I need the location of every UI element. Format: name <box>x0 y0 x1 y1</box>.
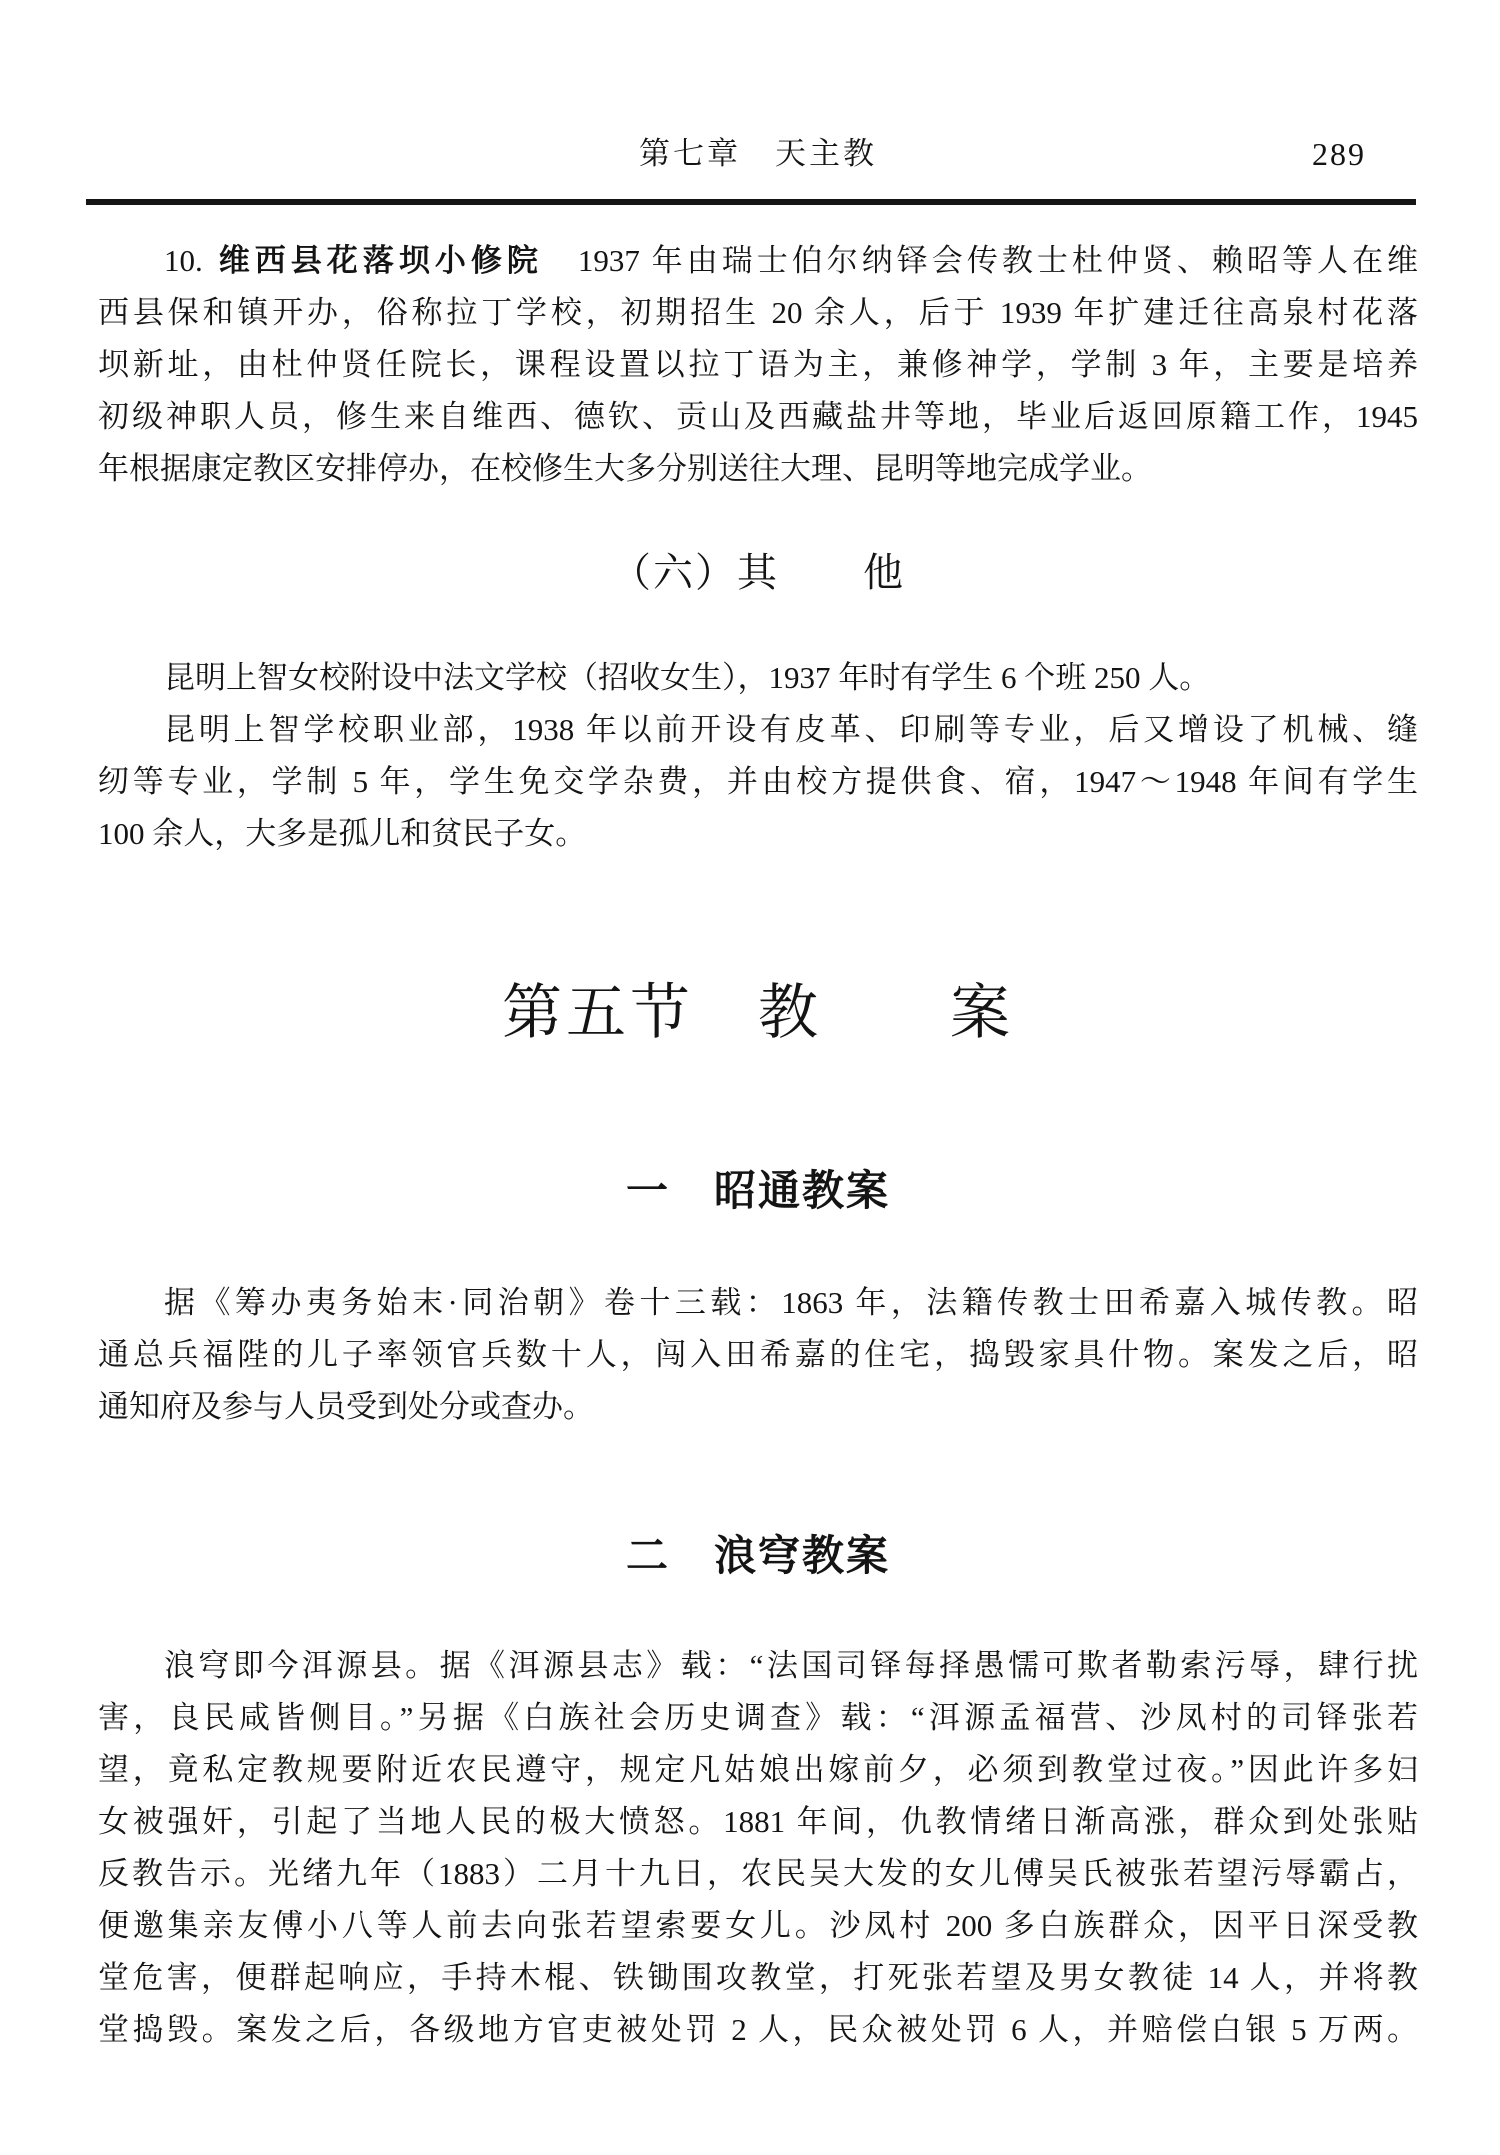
header-rule <box>86 199 1416 205</box>
text-line: 堂捣毁。案发之后，各级地方官吏被处罚 2 人，民众被处罚 6 人，并赔偿白银 5… <box>98 2004 1418 2056</box>
text-line: 昆明上智女校附设中法文学校（招收女生），1937 年时有学生 6 个班 250 … <box>98 652 1418 704</box>
text-line: 初级神职人员，修生来自维西、德钦、贡山及西藏盐井等地，毕业后返回原籍工作，194… <box>98 391 1418 443</box>
text-line: 堂危害，便群起响应，手持木棍、铁锄围攻教堂，打死张若望及男女教徒 14 人，并将… <box>98 1952 1418 2004</box>
text-line: 便邀集亲友傅小八等人前去向张若望索要女儿。沙凤村 200 多白族群众，因平日深受… <box>98 1900 1418 1952</box>
text-line: 害，良民咸皆侧目。”另据《白族社会历史调查》载：“洱源孟福营、沙凤村的司铎张若 <box>98 1692 1418 1744</box>
item-text: 1937 年由瑞士伯尔纳铎会传教士杜仲贤、赖昭等人在维 <box>543 243 1418 278</box>
text-line: 年根据康定教区安排停办，在校修生大多分别送往大理、昆明等地完成学业。 <box>98 443 1418 495</box>
text-line: 据《筹办夷务始末·同治朝》卷十三载：1863 年，法籍传教士田希嘉入城传教。昭 <box>98 1277 1418 1329</box>
book-page: 第七章 天主教 289 10.维西县花落坝小修院 1937 年由瑞士伯尔纳铎会传… <box>0 0 1500 2155</box>
page-content: 第七章 天主教 289 10.维西县花落坝小修院 1937 年由瑞士伯尔纳铎会传… <box>98 0 1418 2056</box>
subsection-heading-zhaotong: 一 昭通教案 <box>98 1163 1418 1219</box>
subsection-heading-langqiong: 二 浪穹教案 <box>98 1528 1418 1584</box>
page-header: 第七章 天主教 289 <box>98 0 1418 186</box>
paragraph-zhizhi-vocational: 昆明上智学校职业部，1938 年以前开设有皮革、印刷等专业，后又增设了机械、缝 … <box>98 704 1418 860</box>
item-bold-title: 维西县花落坝小修院 <box>215 243 543 278</box>
text-line: 反教告示。光绪九年（1883）二月十九日，农民吴大发的女儿傅吴氏被张若望污辱霸占… <box>98 1848 1418 1900</box>
text-line: 女被强奸，引起了当地人民的极大愤怒。1881 年间，仇教情绪日渐高涨，群众到处张… <box>98 1796 1418 1848</box>
item-number: 10. <box>164 243 203 278</box>
text-line: 浪穹即今洱源县。据《洱源县志》载：“法国司铎每择愚懦可欺者勒索污辱，肆行扰 <box>98 1640 1418 1692</box>
section-heading-five: 第五节 教 案 <box>98 977 1418 1049</box>
page-number: 289 <box>1312 136 1366 172</box>
text-line: 西县保和镇开办，俗称拉丁学校，初期招生 20 余人，后于 1939 年扩建迁往高… <box>98 287 1418 339</box>
paragraph-langqiong-case: 浪穹即今洱源县。据《洱源县志》载：“法国司铎每择愚懦可欺者勒索污辱，肆行扰 害，… <box>98 1640 1418 2056</box>
text-line: 望，竟私定教规要附近农民遵守，规定凡姑娘出嫁前夕，必须到教堂过夜。”因此许多妇 <box>98 1744 1418 1796</box>
paragraph-zhizhi-girls-school: 昆明上智女校附设中法文学校（招收女生），1937 年时有学生 6 个班 250 … <box>98 652 1418 704</box>
section-heading-other: （六）其 他 <box>98 544 1418 602</box>
text-line: 10.维西县花落坝小修院 1937 年由瑞士伯尔纳铎会传教士杜仲贤、赖昭等人在维 <box>98 235 1418 287</box>
text-line: 通总兵福陛的儿子率领官兵数十人，闯入田希嘉的住宅，捣毁家具什物。案发之后，昭 <box>98 1329 1418 1381</box>
text-line: 100 余人，大多是孤儿和贫民子女。 <box>98 808 1418 860</box>
paragraph-weixi-seminary: 10.维西县花落坝小修院 1937 年由瑞士伯尔纳铎会传教士杜仲贤、赖昭等人在维… <box>98 235 1418 495</box>
text-line: 通知府及参与人员受到处分或查办。 <box>98 1381 1418 1433</box>
text-line: 昆明上智学校职业部，1938 年以前开设有皮革、印刷等专业，后又增设了机械、缝 <box>98 704 1418 756</box>
paragraph-zhaotong-case: 据《筹办夷务始末·同治朝》卷十三载：1863 年，法籍传教士田希嘉入城传教。昭 … <box>98 1277 1418 1433</box>
text-line: 纫等专业，学制 5 年，学生免交学杂费，并由校方提供食、宿，1947～1948 … <box>98 756 1418 808</box>
chapter-title: 第七章 天主教 <box>98 136 1418 172</box>
text-line: 坝新址，由杜仲贤任院长，课程设置以拉丁语为主，兼修神学，学制 3 年，主要是培养 <box>98 339 1418 391</box>
